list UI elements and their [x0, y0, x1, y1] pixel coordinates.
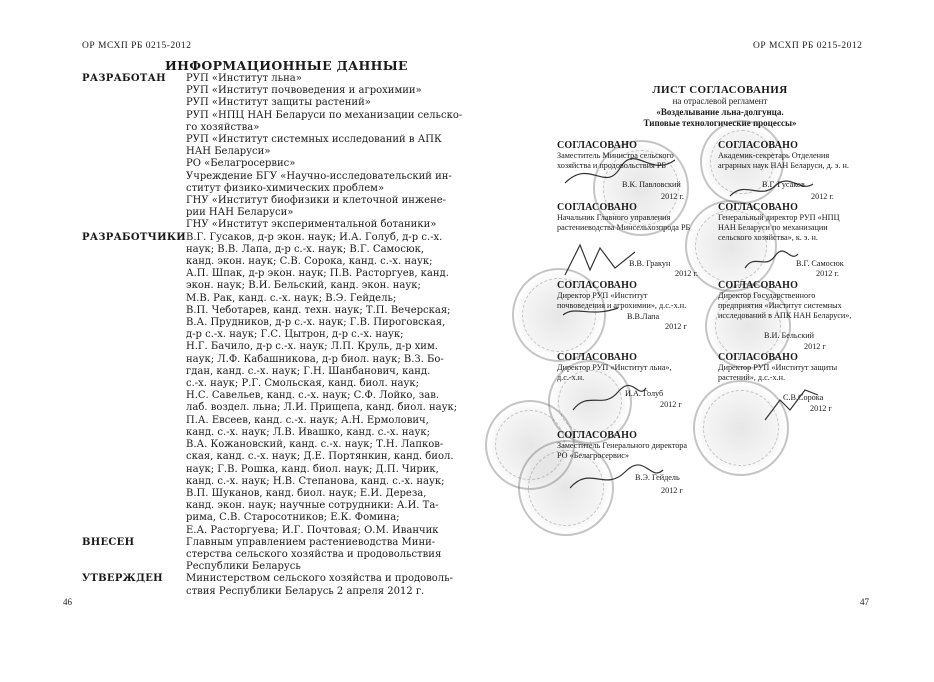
- position-line: Заместитель Министра сельского: [557, 151, 742, 161]
- approval-year: 2012 г.: [811, 192, 834, 202]
- approval-year: 2012 г.: [675, 269, 698, 279]
- section-line: гдан, канд. с.-х. наук; Г.Н. Шанбанович,…: [186, 366, 482, 378]
- approver-name: В.В. Гракун: [629, 259, 670, 269]
- section-lines: РУП «Институт льна»РУП «Институт почвове…: [186, 73, 482, 232]
- section-line: П.А. Евсеев, канд. с.-х. наук; А.Н. Ермо…: [186, 415, 482, 427]
- section-line: В.П. Чеботарев, канд. техн. наук; Т.П. В…: [186, 305, 482, 317]
- position-line: почвоведения и агрохимии», д.с.-х.н.: [557, 301, 742, 311]
- approval-sheet-title-block: ЛИСТ СОГЛАСОВАНИЯ на отраслевой регламен…: [555, 84, 885, 129]
- section-line: экон. наук; В.И. Бельский, канд. экон. н…: [186, 280, 482, 292]
- section-line: рии НАН Беларуси»: [186, 207, 482, 219]
- section-line: Министерством сельского хозяйства и прод…: [186, 573, 482, 585]
- approval-year: 2012 г: [804, 342, 826, 352]
- section-line: рима, С.В. Старосотников; Е.К. Фомина;: [186, 512, 482, 524]
- approval-heading: СОГЛАСОВАНО: [718, 203, 903, 213]
- approver-position: Директор РУП «Институтпочвоведения и агр…: [557, 291, 742, 311]
- section-label: РАЗРАБОТЧИКИ: [82, 232, 186, 537]
- approval-block: СОГЛАСОВАНО Генеральный директор РУП «НП…: [718, 203, 903, 278]
- position-line: хозяйства и продовольствия РБ: [557, 161, 742, 171]
- approver-name: И.А. Голуб: [625, 389, 663, 399]
- approval-year: 2012 г.: [816, 269, 839, 279]
- section-line: РУП «НПЦ НАН Беларуси по механизации сел…: [186, 110, 482, 122]
- position-line: сельского хозяйства», к. э. н.: [718, 233, 903, 243]
- approval-year: 2012 г: [810, 404, 832, 414]
- approval-heading: СОГЛАСОВАНО: [718, 281, 903, 291]
- position-line: Заместитель Генерального директора: [557, 441, 757, 451]
- section-line: РУП «Институт почвоведения и агрохимии»: [186, 85, 482, 97]
- approval-heading: СОГЛАСОВАНО: [557, 353, 742, 363]
- approval-block: СОГЛАСОВАНО Начальник Главного управлени…: [557, 203, 742, 278]
- left-page-number: 46: [63, 597, 72, 607]
- section-label: ВНЕСЕН: [82, 537, 186, 574]
- section-line: канд. экон. наук; научные сотрудники: А.…: [186, 500, 482, 512]
- section-line: В.Г. Гусаков, д-р экон. наук; И.А. Голуб…: [186, 232, 482, 244]
- right-page-header: ОР МСХП РБ 0215-2012: [753, 41, 862, 51]
- section-line: В.А. Прудников, д-р с.-х. наук; Г.В. Пир…: [186, 317, 482, 329]
- approver-position: Заместитель Генерального директораРО «Бе…: [557, 441, 757, 461]
- right-page-number: 47: [860, 597, 869, 607]
- section-line: РУП «Институт защиты растений»: [186, 97, 482, 109]
- approval-sheet-subtitle: на отраслевой регламент: [555, 96, 885, 107]
- section-submitted: ВНЕСЕН Главным управлением растениеводст…: [82, 537, 482, 574]
- section-line: Н.Г. Бачило, д-р с.-х. наук; Л.П. Круль,…: [186, 341, 482, 353]
- approval-heading: СОГЛАСОВАНО: [718, 141, 903, 151]
- info-data-section: РАЗРАБОТАН РУП «Институт льна»РУП «Инсти…: [82, 73, 482, 598]
- section-lines: Министерством сельского хозяйства и прод…: [186, 573, 482, 597]
- section-line: А.П. Шпак, д-р экон. наук; П.В. Расторгу…: [186, 268, 482, 280]
- approval-block: СОГЛАСОВАНО Директор РУП «Институт защит…: [718, 353, 903, 413]
- position-line: Академик-секретарь Отделения: [718, 151, 903, 161]
- info-data-title: ИНФОРМАЦИОННЫЕ ДАННЫЕ: [165, 58, 408, 73]
- position-line: Директор РУП «Институт: [557, 291, 742, 301]
- section-line: ГНУ «Институт биофизики и клеточной инже…: [186, 195, 482, 207]
- section-line: ГНУ «Институт экспериментальной ботаники…: [186, 219, 482, 231]
- section-line: Главным управлением растениеводства Мини…: [186, 537, 482, 549]
- approval-year: 2012 г: [661, 486, 683, 496]
- approval-block: СОГЛАСОВАНО Директор РУП «Институт льна»…: [557, 353, 742, 413]
- approval-heading: СОГЛАСОВАНО: [557, 203, 742, 213]
- section-line: наук; Л.Ф. Кабашникова, д-р биол. наук; …: [186, 354, 482, 366]
- section-line: ститут физико-химических проблем»: [186, 183, 482, 195]
- section-line: РО «Белагросервис»: [186, 158, 482, 170]
- approval-block: СОГЛАСОВАНО Директор РУП «Институтпочвов…: [557, 281, 742, 341]
- position-line: исследований в АПК НАН Беларуси»,: [718, 311, 903, 321]
- approval-block: СОГЛАСОВАНО Заместитель Министра сельско…: [557, 141, 742, 201]
- position-line: предприятия «Институт системных: [718, 301, 903, 311]
- approver-name: С.В.Сорока: [783, 393, 823, 403]
- position-line: Генеральный директор РУП «НПЦ: [718, 213, 903, 223]
- position-line: Директор РУП «Институт льна»,: [557, 363, 742, 373]
- section-approved: УТВЕРЖДЕН Министерством сельского хозяйс…: [82, 573, 482, 597]
- section-line: ствия Республики Беларусь 2 апреля 2012 …: [186, 586, 482, 598]
- section-developers: РАЗРАБОТЧИКИ В.Г. Гусаков, д-р экон. нау…: [82, 232, 482, 537]
- section-line: Н.С. Савельев, канд. с.-х. наук; С.Ф. Ло…: [186, 390, 482, 402]
- position-line: Директор Государственного: [718, 291, 903, 301]
- section-line: ская, канд. с.-х. наук; Д.Е. Портянкин, …: [186, 451, 482, 463]
- section-line: стерства сельского хозяйства и продоволь…: [186, 549, 482, 561]
- section-line: М.В. Рак, канд. с.-х. наук; В.Э. Гейдель…: [186, 293, 482, 305]
- approval-heading: СОГЛАСОВАНО: [718, 353, 903, 363]
- position-line: растений», д.с.-х.н.: [718, 373, 903, 383]
- section-label: РАЗРАБОТАН: [82, 73, 186, 232]
- section-line: д-р с.-х. наук; Г.С. Цытрон, д-р с.-х. н…: [186, 329, 482, 341]
- section-line: РУП «Институт системных исследований в А…: [186, 134, 482, 146]
- approval-sheet-title: ЛИСТ СОГЛАСОВАНИЯ: [555, 84, 885, 96]
- section-developed-by: РАЗРАБОТАН РУП «Институт льна»РУП «Инсти…: [82, 73, 482, 232]
- approver-name: В.К. Павловский: [622, 180, 681, 190]
- position-line: Начальник Главного управления: [557, 213, 742, 223]
- regulation-name-line1: «Возделывание льна-долгунца.: [555, 107, 885, 118]
- approval-block: СОГЛАСОВАНО Академик-секретарь Отделения…: [718, 141, 903, 201]
- approver-position: Директор РУП «Институт защитырастений», …: [718, 363, 903, 383]
- section-line: лаб. воздел. льна; Л.И. Прищепа, канд. б…: [186, 402, 482, 414]
- section-line: го хозяйства»: [186, 122, 482, 134]
- position-line: растениеводства Минсельхозпрода РБ: [557, 223, 742, 233]
- approver-name: В.Э. Гейдель: [635, 473, 680, 483]
- section-line: канд. с.-х. наук; Л.В. Ивашко, канд. с.-…: [186, 427, 482, 439]
- approval-year: 2012 г.: [661, 192, 684, 202]
- approval-heading: СОГЛАСОВАНО: [557, 431, 757, 441]
- approver-name: В.Г. Самосюк: [796, 259, 844, 269]
- approval-year: 2012 г: [660, 400, 682, 410]
- approver-position: Директор РУП «Институт льна»,д.с.-х.н.: [557, 363, 742, 383]
- section-label: УТВЕРЖДЕН: [82, 573, 186, 597]
- approver-position: Заместитель Министра сельскогохозяйства …: [557, 151, 742, 171]
- approval-year: 2012 г: [665, 322, 687, 332]
- section-lines: В.Г. Гусаков, д-р экон. наук; И.А. Голуб…: [186, 232, 482, 537]
- approver-name: В.В.Лапа: [627, 312, 659, 322]
- approval-heading: СОГЛАСОВАНО: [557, 281, 742, 291]
- section-line: Республики Беларусь: [186, 561, 482, 573]
- section-line: с.-х. наук; Р.Г. Смольская, канд. биол. …: [186, 378, 482, 390]
- approver-position: Начальник Главного управлениярастениевод…: [557, 213, 742, 233]
- section-line: канд. с.-х. наук; Н.В. Степанова, канд. …: [186, 476, 482, 488]
- approval-block: СОГЛАСОВАНО Заместитель Генерального дир…: [557, 431, 757, 501]
- section-line: канд. экон. наук; С.В. Сорока, канд. с.-…: [186, 256, 482, 268]
- section-line: Учреждение БГУ «Научно-исследовательский…: [186, 171, 482, 183]
- section-line: НАН Беларуси»: [186, 146, 482, 158]
- section-line: РУП «Институт льна»: [186, 73, 482, 85]
- approver-position: Генеральный директор РУП «НПЦНАН Беларус…: [718, 213, 903, 243]
- section-line: наук; Г.В. Рошка, канд. биол. наук; Д.П.…: [186, 464, 482, 476]
- section-line: В.П. Шуканов, канд. биол. наук; Е.И. Дер…: [186, 488, 482, 500]
- approver-position: Академик-секретарь Отделенияаграрных нау…: [718, 151, 903, 171]
- section-line: В.А. Кожановский, канд. с.-х. наук; Т.Н.…: [186, 439, 482, 451]
- approval-block: СОГЛАСОВАНО Директор Государственногопре…: [718, 281, 903, 346]
- section-line: наук; В.В. Лапа, д-р с.-х. наук; В.Г. Са…: [186, 244, 482, 256]
- left-page-header: ОР МСХП РБ 0215-2012: [82, 41, 191, 51]
- section-line: Е.А. Расторгуева; И.Г. Почтовая; О.М. Ив…: [186, 525, 482, 537]
- approver-position: Директор Государственногопредприятия «Ин…: [718, 291, 903, 321]
- position-line: д.с.-х.н.: [557, 373, 742, 383]
- approver-name: В.И. Бельский: [764, 331, 814, 341]
- approver-name: В.Г. Гусаков: [762, 180, 805, 190]
- section-lines: Главным управлением растениеводства Мини…: [186, 537, 482, 574]
- position-line: аграрных наук НАН Беларуси, д. э. н.: [718, 161, 903, 171]
- position-line: НАН Беларуси по механизации: [718, 223, 903, 233]
- position-line: Директор РУП «Институт защиты: [718, 363, 903, 373]
- approval-heading: СОГЛАСОВАНО: [557, 141, 742, 151]
- position-line: РО «Белагросервис»: [557, 451, 757, 461]
